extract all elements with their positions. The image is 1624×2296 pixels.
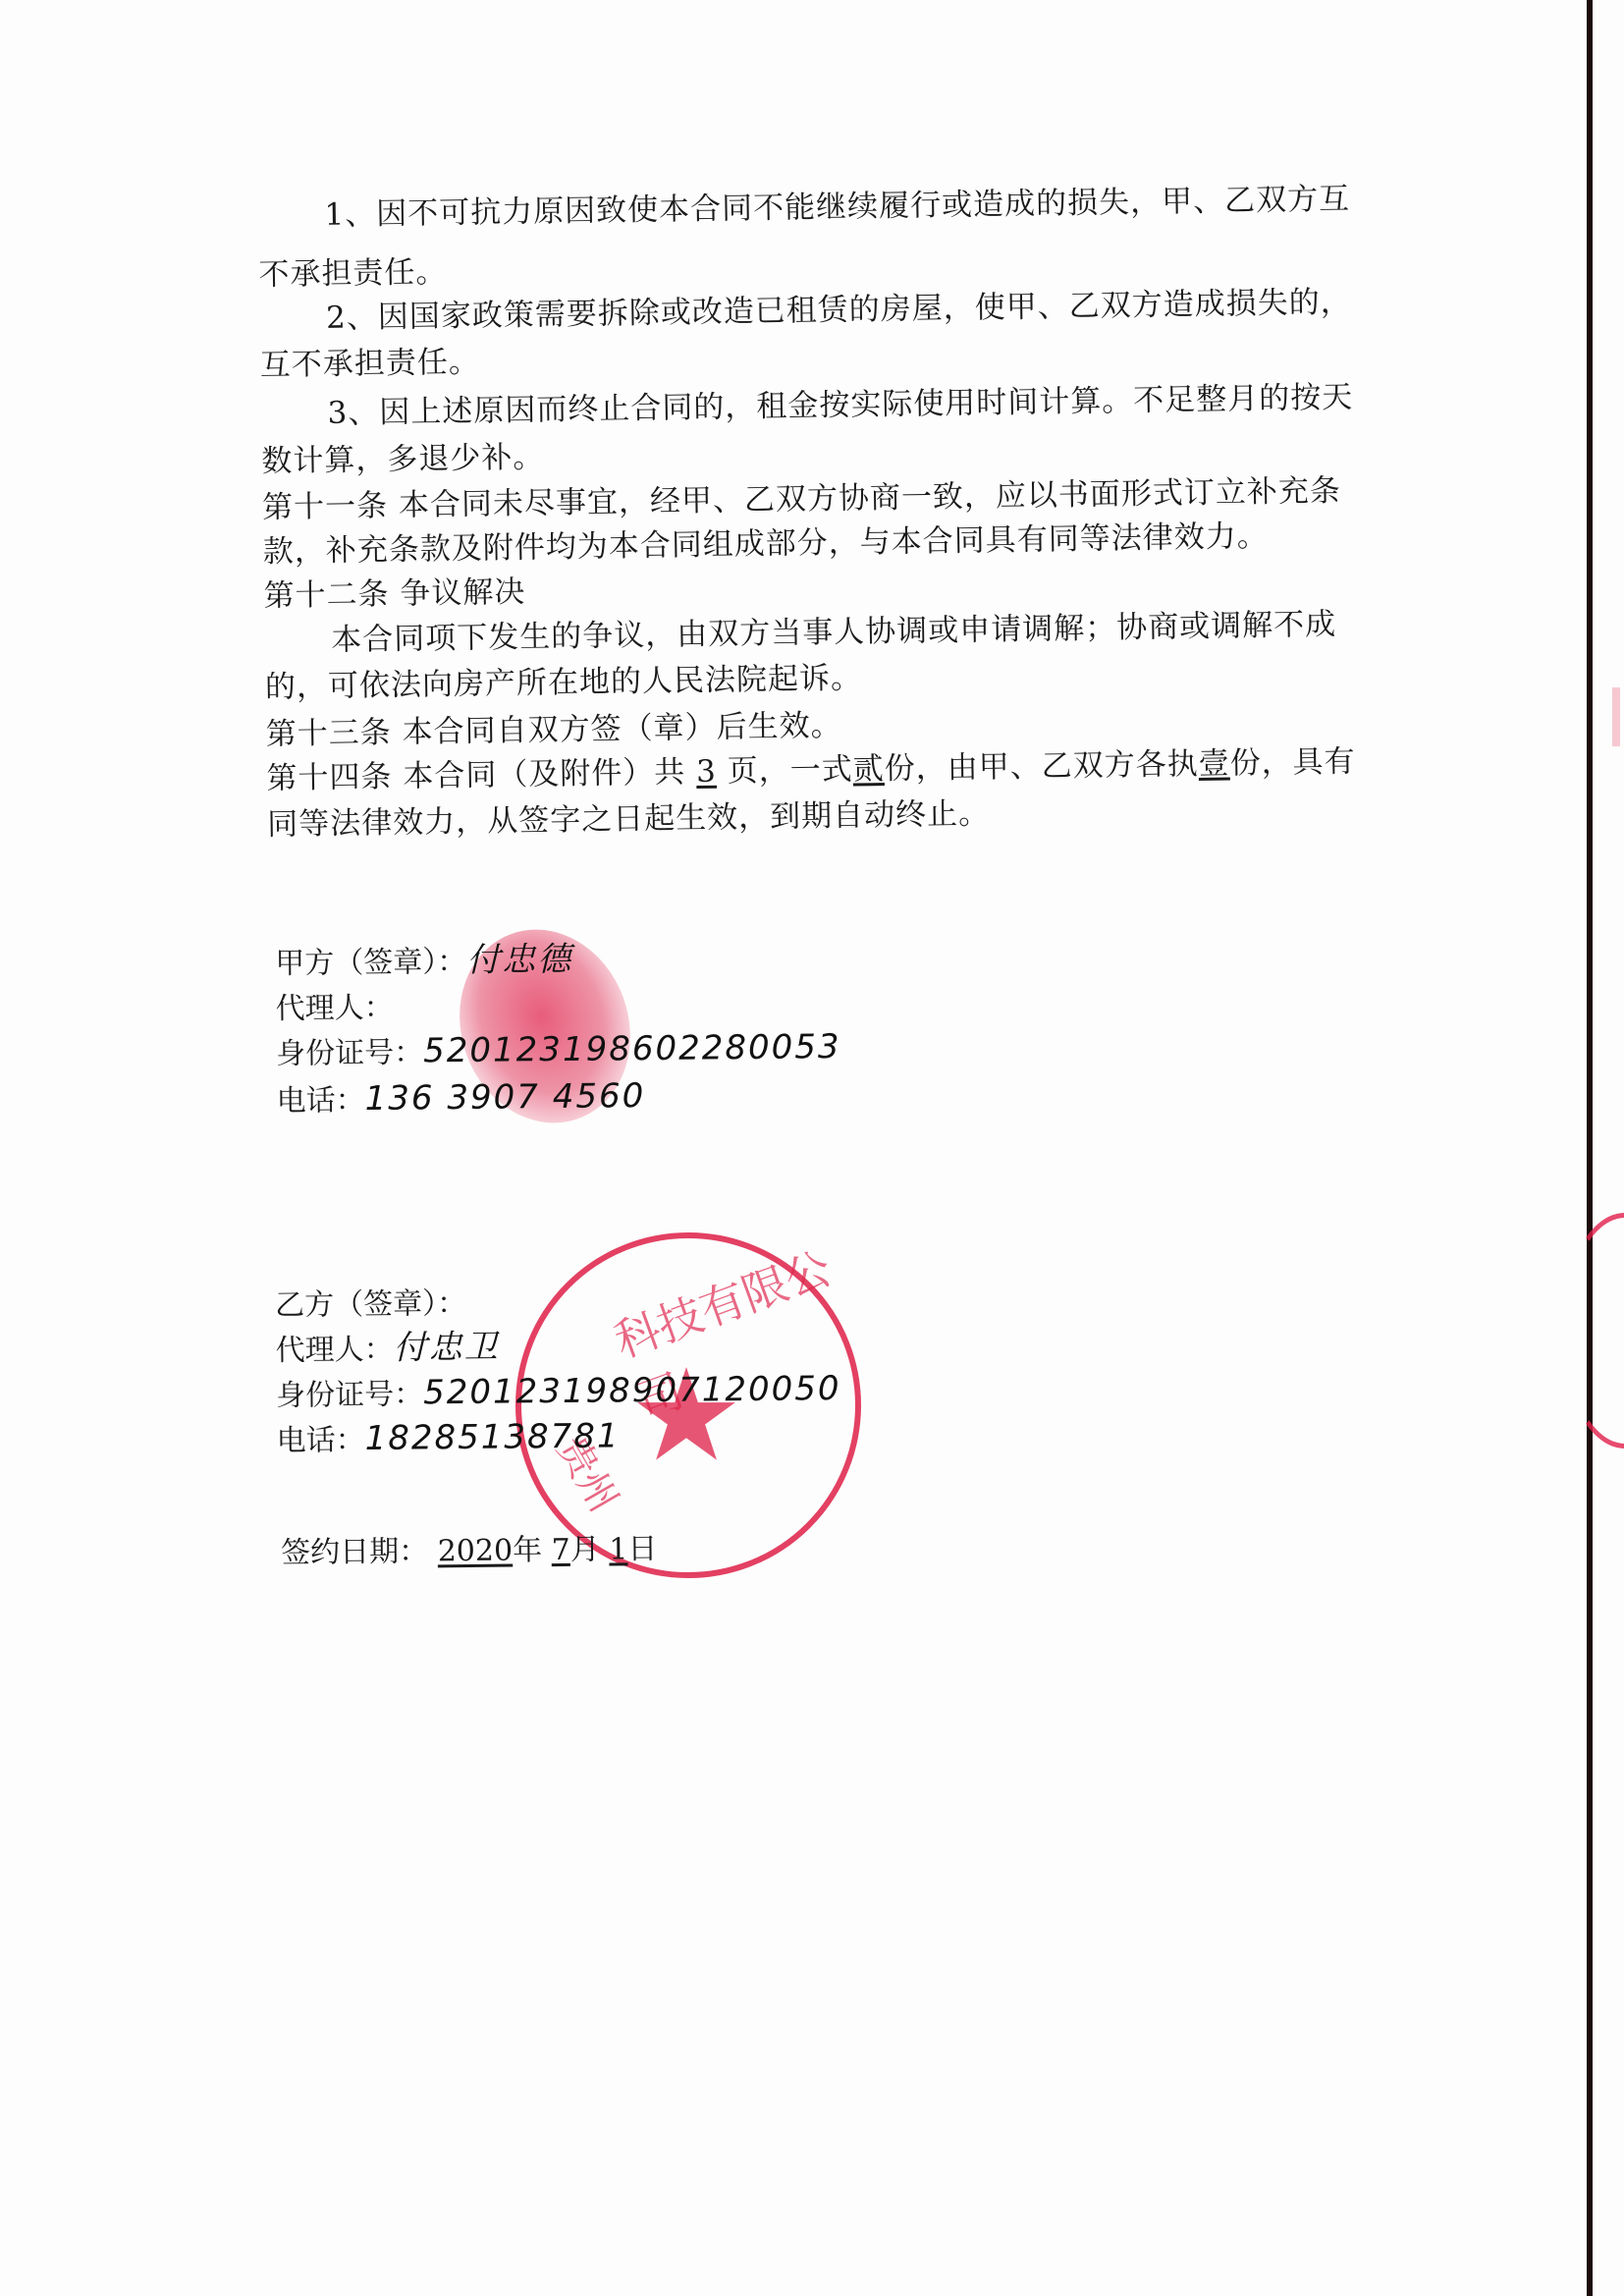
party-b-agent-row: 代理人：付忠卫	[275, 1328, 499, 1371]
clause-1-line-2: 不承担责任。	[258, 252, 448, 295]
article-12-title: 第十二条 争议解决	[263, 573, 525, 616]
party-a-sign-label: 甲方（签章）：	[275, 945, 466, 981]
clause-1-line-1: 1、因不可抗力原因致使本合同不能继续履行或造成的损失，甲、乙双方互	[324, 180, 1350, 235]
party-a-phone-row: 电话：136 3907 4560	[276, 1076, 645, 1121]
signing-date-label: 签约日期：	[281, 1534, 428, 1570]
seal-ink-speck	[1612, 687, 1620, 746]
party-b-id-number: 520123198907120050	[423, 1369, 841, 1412]
cross-page-seal-fragment	[1561, 1213, 1624, 1449]
party-b-sign-row: 乙方（签章）：	[275, 1285, 466, 1326]
party-a-phone-label: 电话：	[277, 1083, 365, 1119]
party-a-id-label: 身份证号：	[276, 1035, 423, 1071]
party-b-id-label: 身份证号：	[276, 1377, 423, 1413]
party-a-phone: 136 3907 4560	[364, 1076, 645, 1119]
party-a-agent-label: 代理人：	[276, 991, 394, 1026]
clause-3-line-1: 3、因上述原因而终止合同的，租金按实际使用时间计算。不足整月的按天	[327, 377, 1353, 432]
signing-month: 7	[551, 1533, 569, 1567]
clause-2-line-2: 互不承担责任。	[260, 342, 481, 385]
article-14-text-d: 份，具有	[1229, 744, 1356, 782]
article-14-line-2: 同等法律效力，从签字之日起生效，到期自动终止。	[267, 793, 991, 845]
article-12-line-1: 本合同项下发生的争议，由双方当事人协调或申请调解；协商或调解不成	[331, 605, 1337, 660]
party-b-sign-label: 乙方（签章）：	[275, 1286, 466, 1323]
article-13: 第十三条 本合同自双方签（章）后生效。	[265, 706, 841, 754]
party-a-signature: 付忠德	[466, 940, 572, 980]
contract-body: 1、因不可抗力原因致使本合同不能继续履行或造成的损失，甲、乙双方互 不承担责任。…	[257, 169, 1396, 187]
document-page: 1、因不可抗力原因致使本合同不能继续履行或造成的损失，甲、乙双方互 不承担责任。…	[0, 0, 1624, 2296]
article-14-text-b: 页，一式	[727, 752, 853, 790]
party-b-id-row: 身份证号：520123198907120050	[276, 1369, 841, 1416]
article-14-text-a: 第十四条 本合同（及附件）共	[266, 754, 685, 796]
year-unit: 年	[513, 1533, 542, 1567]
party-b-phone-row: 电话：18285138781	[276, 1416, 620, 1461]
day-unit: 日	[627, 1532, 657, 1566]
signing-day: 1	[609, 1532, 627, 1566]
party-a-id-number: 520123198602280053	[423, 1027, 841, 1070]
signing-year: 2020	[438, 1534, 514, 1569]
signing-date-line: 签约日期： 2020年 7月 1日	[281, 1530, 658, 1573]
page-count: 3	[696, 754, 717, 790]
page-edge-line	[1587, 0, 1593, 2296]
party-b-agent-label: 代理人：	[276, 1333, 394, 1368]
article-12-line-2: 的，可依法向房产所在地的人民法院起诉。	[265, 658, 863, 707]
party-b-phone: 18285138781	[364, 1416, 620, 1458]
each-count: 壹	[1198, 746, 1230, 782]
party-b-phone-label: 电话：	[276, 1423, 364, 1458]
clause-2-line-1: 2、因国家政策需要拆除或改造已租赁的房屋，使甲、乙双方造成损失的，	[326, 283, 1352, 338]
party-a-id-row: 身份证号：520123198602280053	[276, 1027, 841, 1074]
clause-3-line-2: 数计算，多退少补。	[261, 437, 545, 481]
party-a-agent-row: 代理人：	[275, 987, 393, 1029]
article-14-text-c: 份，由甲、乙双方各执	[884, 746, 1199, 787]
party-b-agent: 付忠卫	[393, 1328, 499, 1368]
month-unit: 月	[570, 1533, 600, 1567]
party-a-sign-row: 甲方（签章）：付忠德	[275, 940, 572, 984]
copy-count: 贰	[852, 751, 885, 787]
